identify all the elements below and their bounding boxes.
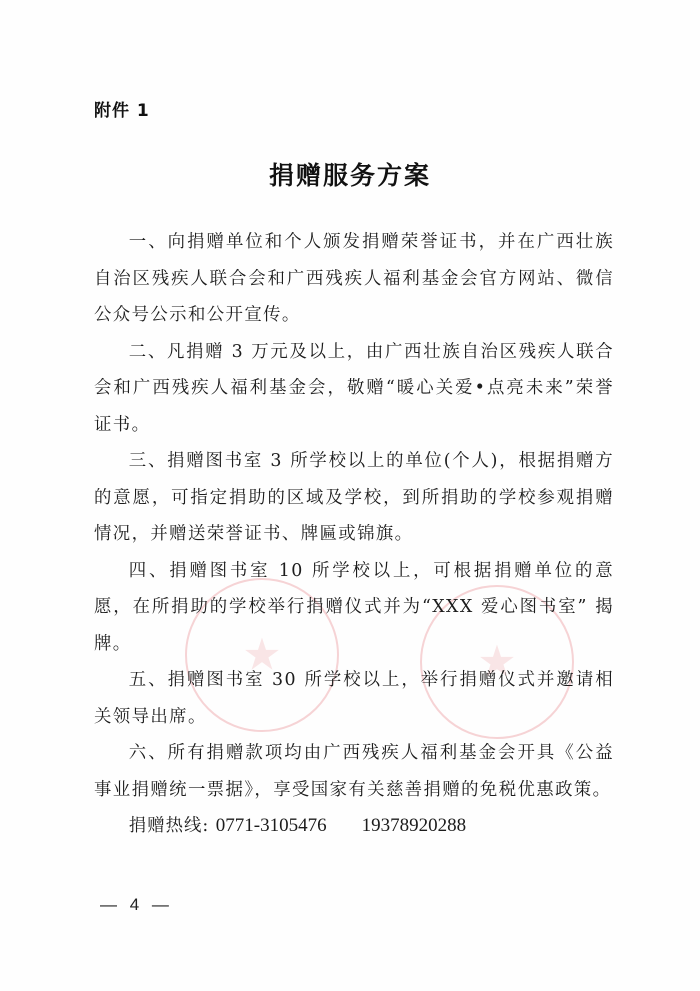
- clause-3: 三、捐赠图书室 3 所学校以上的单位(个人)，根据捐赠方的意愿，可指定捐助的区域…: [94, 443, 614, 553]
- clause-4: 四、捐赠图书室 10 所学校以上，可根据捐赠单位的意愿，在所捐助的学校举行捐赠仪…: [94, 553, 614, 663]
- clause-6: 六、所有捐赠款项均由广西残疾人福利基金会开具《公益事业捐赠统一票据》，享受国家有…: [94, 735, 614, 808]
- document-page: ★ ★ 附件 1 捐赠服务方案 一、向捐赠单位和个人颁发捐赠荣誉证书，并在广西壮…: [0, 0, 700, 991]
- document-body: 一、向捐赠单位和个人颁发捐赠荣誉证书，并在广西壮族自治区残疾人联合会和广西残疾人…: [94, 224, 614, 845]
- clause-2: 二、凡捐赠 3 万元及以上，由广西壮族自治区残疾人联合会和广西残疾人福利基金会，…: [94, 334, 614, 444]
- clause-5: 五、捐赠图书室 30 所学校以上，举行捐赠仪式并邀请相关领导出席。: [94, 662, 614, 735]
- hotline-label: 捐赠热线:: [129, 816, 209, 836]
- donation-hotline: 捐赠热线: 0771-3105476 19378920288: [94, 808, 614, 845]
- clause-1: 一、向捐赠单位和个人颁发捐赠荣誉证书，并在广西壮族自治区残疾人联合会和广西残疾人…: [94, 224, 614, 334]
- hotline-phone-mobile: 19378920288: [362, 815, 467, 836]
- document-title: 捐赠服务方案: [0, 156, 700, 192]
- hotline-phone-landline: 0771-3105476: [216, 815, 327, 836]
- attachment-label: 附件 1: [94, 96, 150, 121]
- page-number: — 4 —: [100, 895, 173, 915]
